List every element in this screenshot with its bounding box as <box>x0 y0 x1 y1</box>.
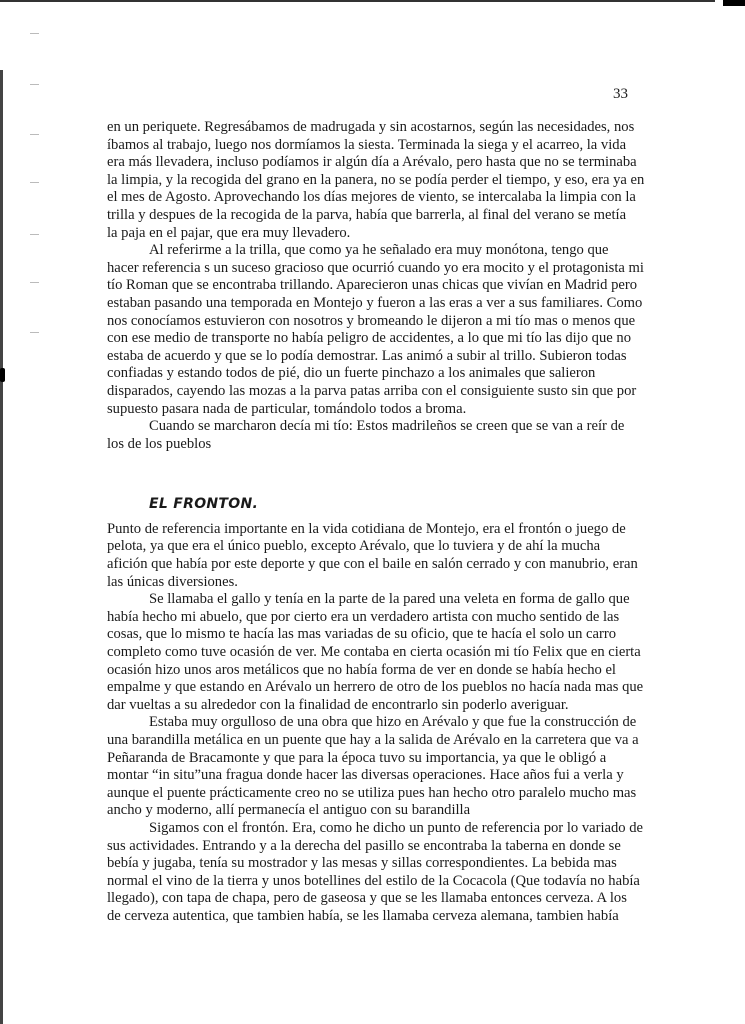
text-line: era más llevadera, incluso podíamos ir a… <box>107 154 640 172</box>
text-line: Peñaranda de Bracamonte y que para la ép… <box>107 750 640 768</box>
text-line: la limpia, y la recogida del grano en la… <box>107 172 640 190</box>
text-line: llegado), con tapa de chapa, pero de gas… <box>107 890 640 908</box>
text-line: ancho y moderno, allí permanecía el anti… <box>107 802 640 820</box>
text-line: Estaba muy orgulloso de una obra que hiz… <box>107 714 640 732</box>
text-line: de cerveza autentica, que tambien había,… <box>107 908 640 926</box>
page-body: en un periquete. Regresábamos de madruga… <box>107 119 640 926</box>
margin-tick <box>30 332 39 333</box>
text-line: supuesto pasara nada de particular, tomá… <box>107 401 640 419</box>
text-line: hacer referencia s un suceso gracioso qu… <box>107 260 640 278</box>
section-heading: EL FRONTON. <box>149 496 640 514</box>
text-line: ocasión hizo unos aros metálicos que no … <box>107 662 640 680</box>
text-line: los de los pueblos <box>107 436 640 454</box>
text-line: con ese medio de transporte no había pel… <box>107 330 640 348</box>
margin-tick <box>30 182 39 183</box>
text-line: nos conocíamos estuvieron con nosotros y… <box>107 313 640 331</box>
scan-left-edge <box>0 70 3 1024</box>
text-line: las únicas diversiones. <box>107 574 640 592</box>
text-line: normal el vino de la tierra y unos botel… <box>107 873 640 891</box>
text-line: el mes de Agosto. Aprovechando los días … <box>107 189 640 207</box>
paragraph: Estaba muy orgulloso de una obra que hiz… <box>107 714 640 820</box>
paragraph: Punto de referencia importante en la vid… <box>107 521 640 591</box>
page-number: 33 <box>613 86 628 103</box>
paragraph: Se llamaba el gallo y tenía en la parte … <box>107 591 640 714</box>
text-line: sus actividades. Entrando y a la derecha… <box>107 838 640 856</box>
text-line: trilla y despues de la recogida de la pa… <box>107 207 640 225</box>
text-line: Se llamaba el gallo y tenía en la parte … <box>107 591 640 609</box>
scan-top-edge <box>0 0 715 2</box>
paragraph: Sigamos con el frontón. Era, como he dic… <box>107 820 640 926</box>
text-line: afición que había por este deporte y que… <box>107 556 640 574</box>
text-line: Punto de referencia importante en la vid… <box>107 521 640 539</box>
text-line: había hecho mi abuelo, que por cierto er… <box>107 609 640 627</box>
text-line: empalme y que estando en Arévalo un herr… <box>107 679 640 697</box>
text-line: montar “in situ”una fragua donde hacer l… <box>107 767 640 785</box>
text-line: íbamos al trabajo, luego nos dormíamos l… <box>107 137 640 155</box>
text-line: la paja en el pajar, que era muy llevade… <box>107 225 640 243</box>
text-line: bebía y jugaba, tenía su mostrador y las… <box>107 855 640 873</box>
text-line: una barandilla metálica en un puente que… <box>107 732 640 750</box>
text-line: en un periquete. Regresábamos de madruga… <box>107 119 640 137</box>
scan-corner-mark <box>723 0 745 6</box>
paragraph: en un periquete. Regresábamos de madruga… <box>107 119 640 242</box>
margin-tick <box>30 234 39 235</box>
paragraph: Al referirme a la trilla, que como ya he… <box>107 242 640 418</box>
text-line: dar vueltas a su alrededor con la finali… <box>107 697 640 715</box>
text-line: disparados, cayendo las mozas a la parva… <box>107 383 640 401</box>
scan-binding-mark <box>0 368 5 382</box>
margin-tick <box>30 84 39 85</box>
text-line: pelota, ya que era el único pueblo, exce… <box>107 538 640 556</box>
paragraph: Cuando se marcharon decía mi tío: Estos … <box>107 418 640 453</box>
text-line: completo como tuve ocasión de ver. Me co… <box>107 644 640 662</box>
text-line: Al referirme a la trilla, que como ya he… <box>107 242 640 260</box>
text-line: estaban pasando una temporada en Montejo… <box>107 295 640 313</box>
margin-tick <box>30 33 39 34</box>
text-line: estaba de acuerdo y que se lo podía demo… <box>107 348 640 366</box>
text-line: Sigamos con el frontón. Era, como he dic… <box>107 820 640 838</box>
margin-tick <box>30 282 39 283</box>
text-line: tío Roman que se encontraba trillando. A… <box>107 277 640 295</box>
text-line: confiadas y estando todos de pié, dio un… <box>107 365 640 383</box>
text-line: cosas, que lo mismo te hacía las mas var… <box>107 626 640 644</box>
text-line: Cuando se marcharon decía mi tío: Estos … <box>107 418 640 436</box>
margin-tick <box>30 134 39 135</box>
text-line: aunque el puente prácticamente creo no s… <box>107 785 640 803</box>
